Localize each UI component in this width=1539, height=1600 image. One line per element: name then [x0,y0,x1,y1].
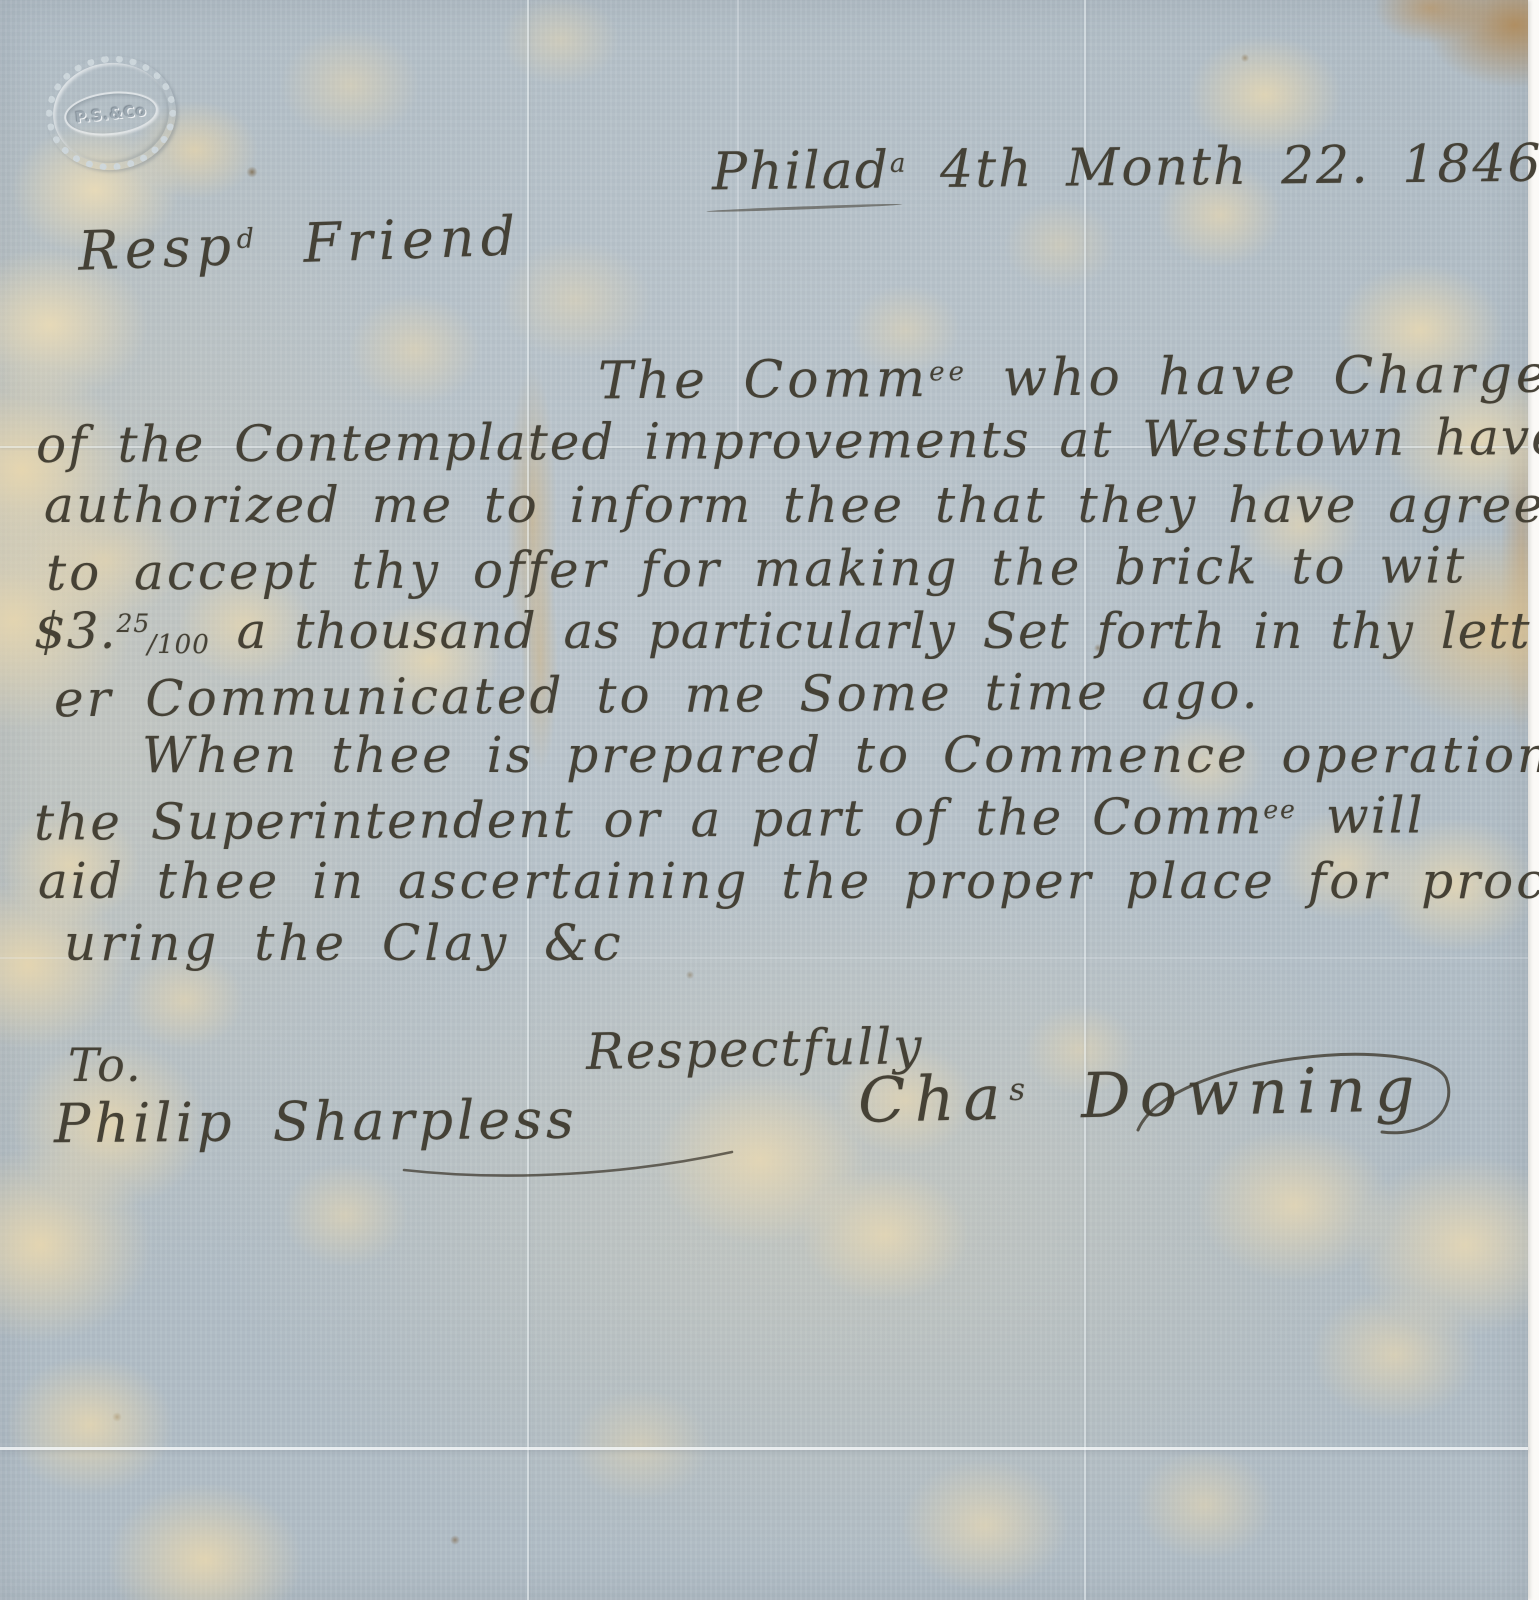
body-line-10: uring the Clay &c [64,914,625,972]
dateline-place-superscript: a [890,149,908,179]
price-fraction-denominator: /100 [147,630,209,660]
body-line-6: er Communicated to me Some time ago. [54,662,1261,728]
body-line-5: $3.25/100 a thousand as particularly Set… [34,602,1531,660]
letter-paper: P.S.&Co Philada 4th Month 22. 1846 Respd… [0,0,1528,1600]
dateline: Philada 4th Month 22. 1846 [712,134,1539,203]
body-line-1: The Commee who have Charge [598,345,1539,412]
dateline-date: 4th Month 22. 1846 [907,134,1539,201]
scanned-letter-page: P.S.&Co Philada 4th Month 22. 1846 Respd… [0,0,1539,1600]
body-line-2: of the Contemplated improvements at West… [36,408,1539,474]
seal-text: P.S.&Co [74,101,147,126]
body-line-8: the Superintendent or a part of the Comm… [34,786,1425,851]
signature: Chas Downing [857,1052,1424,1137]
salutation-superscript: d [236,223,260,255]
addressee-label: To. [68,1038,143,1092]
dateline-place: Philada [712,140,908,202]
fold-crease-horizontal-lower [0,1447,1528,1450]
body-line-4: to accept thy offer for making the brick… [46,536,1468,601]
body-line-7: When thee is prepared to Commence operat… [142,726,1539,784]
price-fraction-numerator: 25 [117,609,151,638]
signature-superscript: s [1009,1072,1035,1109]
addressee-name: Philip Sharpless [54,1088,578,1156]
price-amount: $3. [34,602,117,660]
commee-superscript-2: ee [1263,795,1297,824]
body-line-9: aid thee in ascertaining the proper plac… [38,852,1539,910]
seal-inner-ring: P.S.&Co [62,87,160,140]
commee-superscript: ee [929,357,968,387]
body-line-3: authorized me to inform thee that they h… [44,476,1539,534]
